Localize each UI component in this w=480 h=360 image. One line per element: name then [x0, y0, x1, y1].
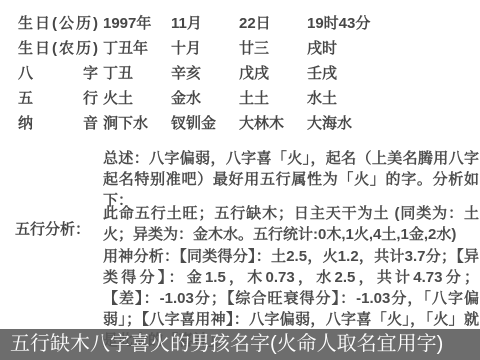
table-cell: 廿三: [239, 37, 307, 58]
table-cell: 十月: [171, 37, 239, 58]
table-row-wuxing: 五行 火土 金水 土土 水土: [18, 85, 480, 110]
analysis-summary-text: 总述：八字偏弱，八字喜「火」，起名（上美名腾用八字起名特别准吧）最好用五行属性为…: [103, 148, 479, 211]
row-label: 生日(公历): [18, 12, 98, 33]
table-cell: 火土: [103, 87, 171, 108]
article-canvas: 生日(公历) 1997年 11月 22日 19时43分 生日(农历) 丁丑年 十…: [0, 0, 480, 360]
row-label: 五行: [18, 87, 98, 108]
row-label: 纳音: [18, 112, 98, 133]
table-cell: 11月: [171, 12, 239, 33]
overlay-title: 五行缺木八字喜火的男孩名字(火命人取名宜用字): [10, 333, 443, 355]
birth-info-table: 生日(公历) 1997年 11月 22日 19时43分 生日(农历) 丁丑年 十…: [18, 10, 480, 135]
wuxing-detail-text: 此命五行土旺；五行缺木；日主天干为土 (同类为：土火；异类为：金木水。五行统计:…: [103, 203, 479, 245]
table-cell: 戊戌: [239, 62, 307, 83]
table-row-lunar-birthday: 生日(农历) 丁丑年 十月 廿三 戌时: [18, 35, 480, 60]
table-cell: 钗钏金: [171, 112, 239, 133]
table-cell: 22日: [239, 12, 307, 33]
table-cell: 大林木: [239, 112, 307, 133]
row-label: 生日(农历): [18, 37, 98, 58]
table-row-nayin: 纳音 涧下水 钗钏金 大林木 大海水: [18, 110, 480, 135]
overlay-title-band: 五行缺木八字喜火的男孩名字(火命人取名宜用字): [0, 329, 480, 360]
table-cell: 涧下水: [103, 112, 171, 133]
table-cell: 丁丑: [103, 62, 171, 83]
analysis-section-label: 五行分析：: [15, 218, 90, 239]
table-row-gregorian-birthday: 生日(公历) 1997年 11月 22日 19时43分: [18, 10, 480, 35]
table-cell: 丁丑年: [103, 37, 171, 58]
table-cell: 大海水: [307, 112, 352, 133]
table-cell: 金水: [171, 87, 239, 108]
table-cell: 19时43分: [307, 12, 370, 33]
table-cell: 壬戌: [307, 62, 337, 83]
table-row-bazi: 八字 丁丑 辛亥 戊戌 壬戌: [18, 60, 480, 85]
table-cell: 土土: [239, 87, 307, 108]
table-cell: 水土: [307, 87, 337, 108]
row-label: 八字: [18, 62, 98, 83]
table-cell: 戌时: [307, 37, 337, 58]
table-cell: 辛亥: [171, 62, 239, 83]
table-cell: 1997年: [103, 12, 171, 33]
